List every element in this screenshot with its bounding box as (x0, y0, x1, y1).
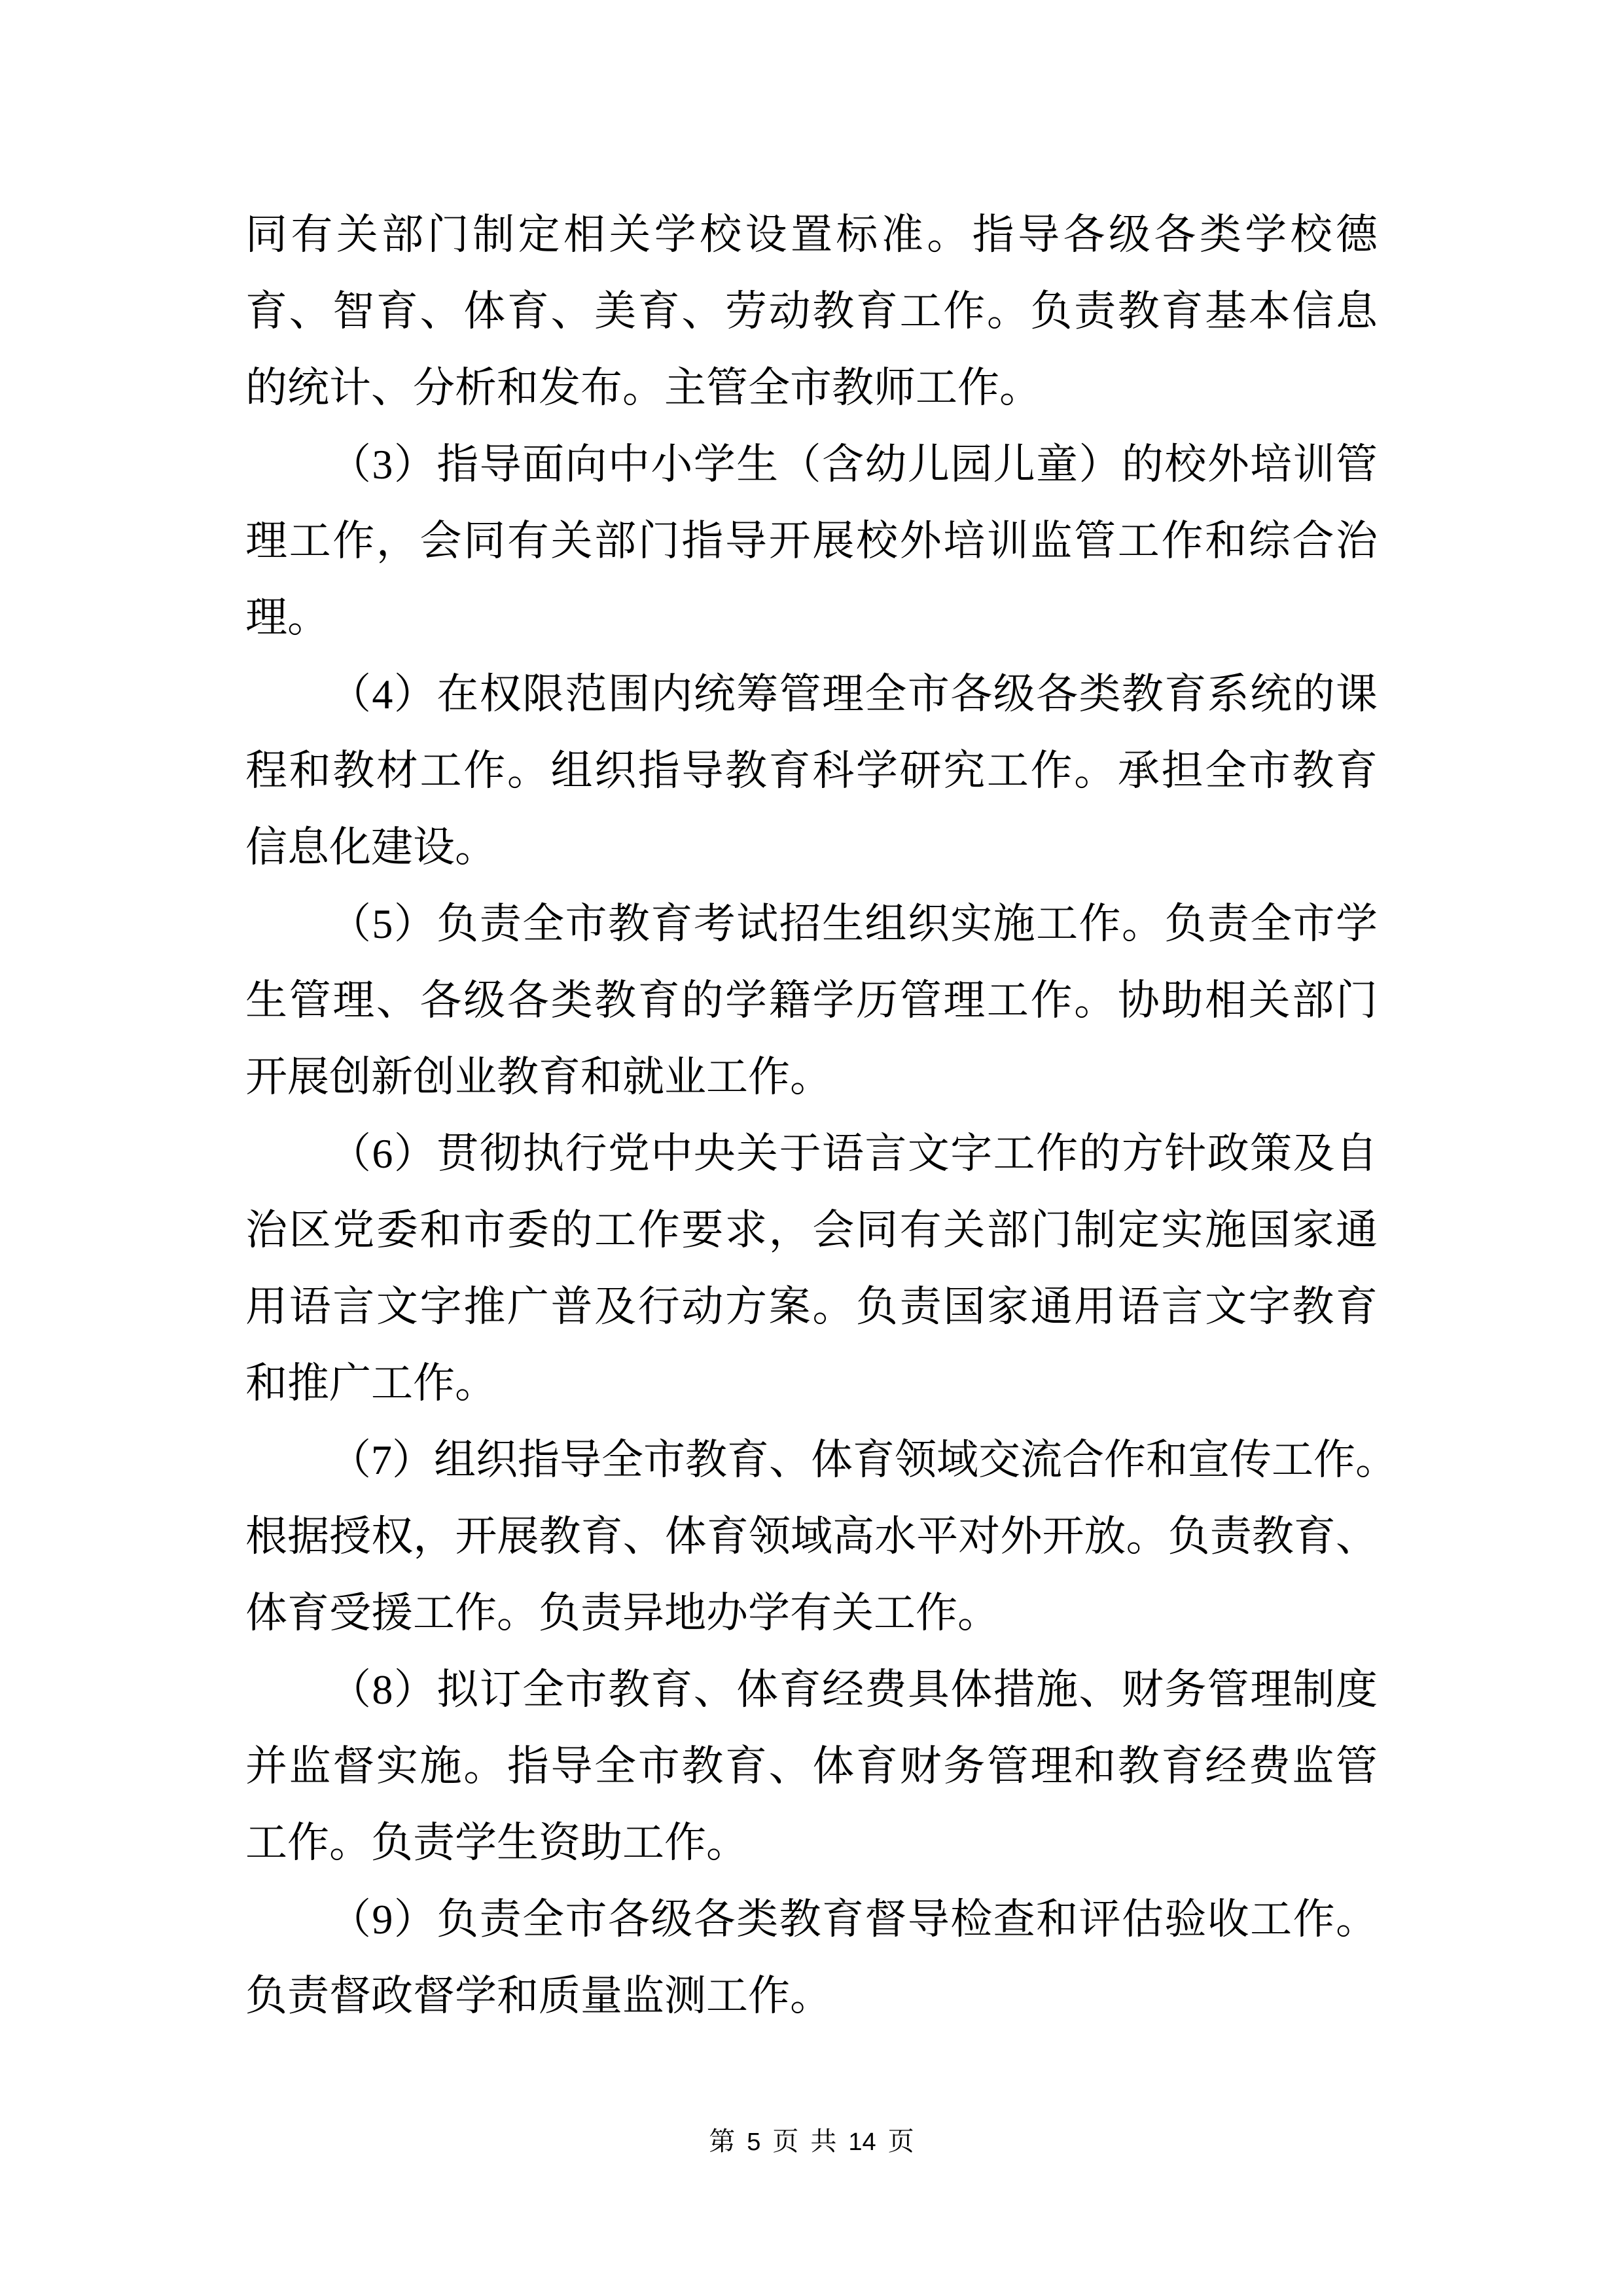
footer-label-ye: 页 (772, 2126, 798, 2156)
text-line: （8）拟订全市教育、体育经费具体措施、财务管理制度 (245, 1651, 1378, 1728)
page-number: 5 (747, 2128, 760, 2156)
paragraph-continuation: 同有关部门制定相关学校设置标准。指导各级各类学校德 育、智育、体育、美育、劳动教… (245, 196, 1378, 426)
document-page: 同有关部门制定相关学校设置标准。指导各级各类学校德 育、智育、体育、美育、劳动教… (0, 0, 1623, 2296)
text-line: 同有关部门制定相关学校设置标准。指导各级各类学校德 (245, 196, 1378, 273)
total-pages: 14 (848, 2128, 876, 2156)
footer-label-gong: 共 (810, 2126, 836, 2156)
text-line: （6）贯彻执行党中央关于语言文字工作的方针政策及自 (245, 1115, 1378, 1192)
text-line: 并监督实施。指导全市教育、体育财务管理和教育经费监管 (245, 1728, 1378, 1804)
text-line: 的统计、分析和发布。主管全市教师工作。 (245, 350, 1378, 426)
text-line: 程和教材工作。组织指导教育科学研究工作。承担全市教育 (245, 732, 1378, 809)
paragraph-item-4: （4）在权限范围内统筹管理全市各级各类教育系统的课 程和教材工作。组织指导教育科… (245, 656, 1378, 886)
paragraph-item-8: （8）拟订全市教育、体育经费具体措施、财务管理制度 并监督实施。指导全市教育、体… (245, 1651, 1378, 1881)
footer-label-ye: 页 (888, 2126, 914, 2156)
page-footer: 第5页共14页 (0, 2126, 1623, 2158)
text-line: 根据授权，开展教育、体育领域高水平对外开放。负责教育、 (245, 1498, 1378, 1575)
paragraph-item-9: （9）负责全市各级各类教育督导检查和评估验收工作。 负责督政督学和质量监测工作。 (245, 1881, 1378, 2034)
text-line: （9）负责全市各级各类教育督导检查和评估验收工作。 (245, 1881, 1378, 1958)
text-line: 和推广工作。 (245, 1345, 1378, 1422)
text-line: 用语言文字推广普及行动方案。负责国家通用语言文字教育 (245, 1268, 1378, 1345)
text-line: 体育受援工作。负责异地办学有关工作。 (245, 1575, 1378, 1651)
paragraph-item-3: （3）指导面向中小学生（含幼儿园儿童）的校外培训管 理工作，会同有关部门指导开展… (245, 426, 1378, 656)
text-line: （4）在权限范围内统筹管理全市各级各类教育系统的课 (245, 656, 1378, 732)
paragraph-item-7: （7）组织指导全市教育、体育领域交流合作和宣传工作。 根据授权，开展教育、体育领… (245, 1422, 1378, 1651)
paragraph-item-5: （5）负责全市教育考试招生组织实施工作。负责全市学 生管理、各级各类教育的学籍学… (245, 886, 1378, 1115)
text-line: 理。 (245, 579, 1378, 656)
document-body: 同有关部门制定相关学校设置标准。指导各级各类学校德 育、智育、体育、美育、劳动教… (245, 196, 1378, 2034)
text-line: 理工作，会同有关部门指导开展校外培训监管工作和综合治 (245, 503, 1378, 579)
footer-label-di: 第 (709, 2126, 735, 2156)
text-line: 治区党委和市委的工作要求，会同有关部门制定实施国家通 (245, 1192, 1378, 1268)
text-line: 开展创新创业教育和就业工作。 (245, 1039, 1378, 1115)
text-line: 育、智育、体育、美育、劳动教育工作。负责教育基本信息 (245, 273, 1378, 350)
text-line: （7）组织指导全市教育、体育领域交流合作和宣传工作。 (245, 1422, 1378, 1498)
paragraph-item-6: （6）贯彻执行党中央关于语言文字工作的方针政策及自 治区党委和市委的工作要求，会… (245, 1115, 1378, 1422)
text-line: （5）负责全市教育考试招生组织实施工作。负责全市学 (245, 886, 1378, 962)
text-line: 生管理、各级各类教育的学籍学历管理工作。协助相关部门 (245, 962, 1378, 1039)
text-line: 信息化建设。 (245, 809, 1378, 886)
text-line: 工作。负责学生资助工作。 (245, 1804, 1378, 1881)
text-line: 负责督政督学和质量监测工作。 (245, 1958, 1378, 2034)
text-line: （3）指导面向中小学生（含幼儿园儿童）的校外培训管 (245, 426, 1378, 503)
